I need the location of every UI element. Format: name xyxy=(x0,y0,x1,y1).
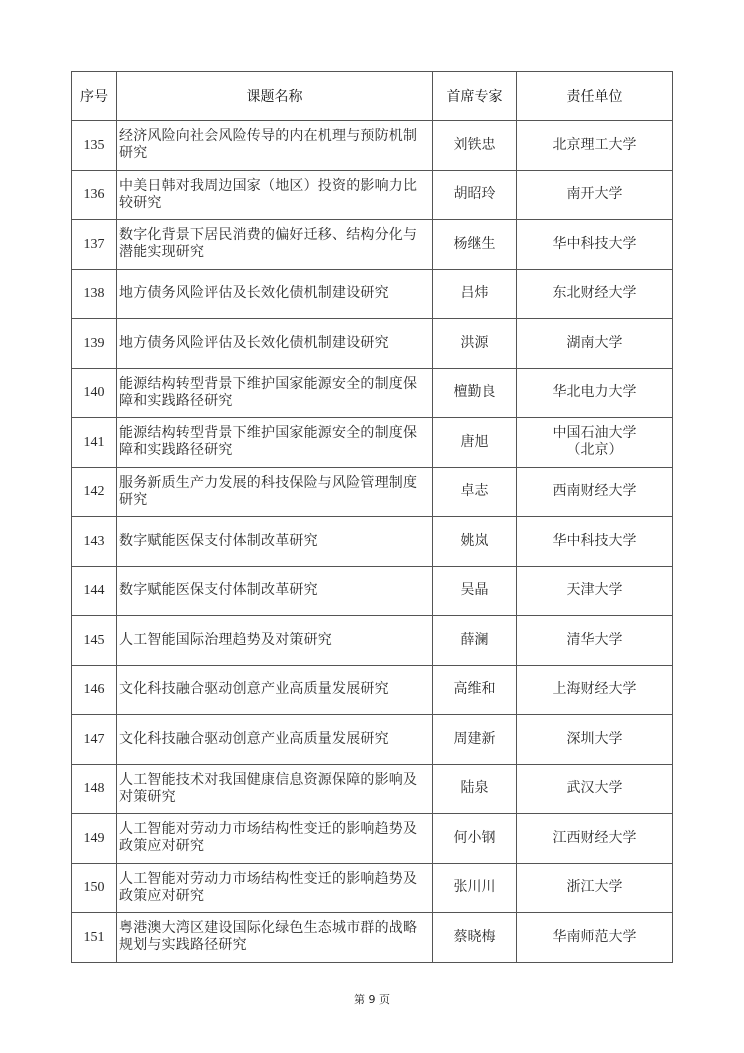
responsible-unit: 深圳大学 xyxy=(517,715,673,765)
responsible-unit: 湖南大学 xyxy=(517,319,673,369)
table-row: 144 数字赋能医保支付体制改革研究 吴晶 天津大学 xyxy=(72,566,673,616)
table-row: 138 地方债务风险评估及长效化债机制建设研究 吕炜 东北财经大学 xyxy=(72,269,673,319)
row-number: 148 xyxy=(72,764,117,814)
responsible-unit: 西南财经大学 xyxy=(517,467,673,517)
chief-expert: 唐旭 xyxy=(433,418,517,468)
table-row: 139 地方债务风险评估及长效化债机制建设研究 洪源 湖南大学 xyxy=(72,319,673,369)
unit-name: 中国石油大学 xyxy=(517,425,672,442)
row-number: 140 xyxy=(72,368,117,418)
unit-name: 西南财经大学 xyxy=(517,483,672,500)
chief-expert: 周建新 xyxy=(433,715,517,765)
row-number: 143 xyxy=(72,517,117,567)
project-title: 人工智能对劳动力市场结构性变迁的影响趋势及政策应对研究 xyxy=(117,814,433,864)
table-row: 146 文化科技融合驱动创意产业高质量发展研究 高维和 上海财经大学 xyxy=(72,665,673,715)
table-row: 137 数字化背景下居民消费的偏好迁移、结构分化与潜能实现研究 杨继生 华中科技… xyxy=(72,220,673,270)
unit-name: 北京理工大学 xyxy=(517,137,672,154)
project-title: 地方债务风险评估及长效化债机制建设研究 xyxy=(117,269,433,319)
unit-name: 华北电力大学 xyxy=(517,384,672,401)
responsible-unit: 江西财经大学 xyxy=(517,814,673,864)
responsible-unit: 华中科技大学 xyxy=(517,220,673,270)
row-number: 147 xyxy=(72,715,117,765)
table-row: 151 粤港澳大湾区建设国际化绿色生态城市群的战略规划与实践路径研究 蔡晓梅 华… xyxy=(72,913,673,963)
chief-expert: 檀勤良 xyxy=(433,368,517,418)
chief-expert: 杨继生 xyxy=(433,220,517,270)
unit-name: 南开大学 xyxy=(517,186,672,203)
chief-expert: 张川川 xyxy=(433,863,517,913)
header-no: 序号 xyxy=(72,72,117,121)
unit-name: 浙江大学 xyxy=(517,879,672,896)
project-title: 中美日韩对我周边国家（地区）投资的影响力比较研究 xyxy=(117,170,433,220)
table-row: 141 能源结构转型背景下维护国家能源安全的制度保障和实践路径研究 唐旭 中国石… xyxy=(72,418,673,468)
project-title: 数字化背景下居民消费的偏好迁移、结构分化与潜能实现研究 xyxy=(117,220,433,270)
unit-name: 武汉大学 xyxy=(517,780,672,797)
table-row: 147 文化科技融合驱动创意产业高质量发展研究 周建新 深圳大学 xyxy=(72,715,673,765)
project-title: 经济风险向社会风险传导的内在机理与预防机制研究 xyxy=(117,121,433,171)
chief-expert: 胡昭玲 xyxy=(433,170,517,220)
responsible-unit: 华北电力大学 xyxy=(517,368,673,418)
row-number: 151 xyxy=(72,913,117,963)
project-title: 服务新质生产力发展的科技保险与风险管理制度研究 xyxy=(117,467,433,517)
unit-name: 天津大学 xyxy=(517,582,672,599)
row-number: 139 xyxy=(72,319,117,369)
unit-name: 东北财经大学 xyxy=(517,285,672,302)
row-number: 137 xyxy=(72,220,117,270)
header-unit: 责任单位 xyxy=(517,72,673,121)
chief-expert: 姚岚 xyxy=(433,517,517,567)
chief-expert: 吕炜 xyxy=(433,269,517,319)
responsible-unit: 上海财经大学 xyxy=(517,665,673,715)
project-title: 地方债务风险评估及长效化债机制建设研究 xyxy=(117,319,433,369)
table-row: 145 人工智能国际治理趋势及对策研究 薛澜 清华大学 xyxy=(72,616,673,666)
document-page: 序号 课题名称 首席专家 责任单位 135 经济风险向社会风险传导的内在机理与预… xyxy=(0,0,744,1053)
chief-expert: 吴晶 xyxy=(433,566,517,616)
responsible-unit: 武汉大学 xyxy=(517,764,673,814)
table-row: 149 人工智能对劳动力市场结构性变迁的影响趋势及政策应对研究 何小钢 江西财经… xyxy=(72,814,673,864)
unit-name: 湖南大学 xyxy=(517,335,672,352)
table-row: 142 服务新质生产力发展的科技保险与风险管理制度研究 卓志 西南财经大学 xyxy=(72,467,673,517)
table-row: 148 人工智能技术对我国健康信息资源保障的影响及对策研究 陆泉 武汉大学 xyxy=(72,764,673,814)
header-title: 课题名称 xyxy=(117,72,433,121)
row-number: 142 xyxy=(72,467,117,517)
unit-name: 华中科技大学 xyxy=(517,236,672,253)
project-title: 能源结构转型背景下维护国家能源安全的制度保障和实践路径研究 xyxy=(117,418,433,468)
chief-expert: 何小钢 xyxy=(433,814,517,864)
unit-name: 清华大学 xyxy=(517,632,672,649)
project-title: 数字赋能医保支付体制改革研究 xyxy=(117,566,433,616)
row-number: 135 xyxy=(72,121,117,171)
unit-name: 深圳大学 xyxy=(517,731,672,748)
project-title: 文化科技融合驱动创意产业高质量发展研究 xyxy=(117,665,433,715)
chief-expert: 蔡晓梅 xyxy=(433,913,517,963)
row-number: 141 xyxy=(72,418,117,468)
row-number: 136 xyxy=(72,170,117,220)
row-number: 149 xyxy=(72,814,117,864)
project-title: 文化科技融合驱动创意产业高质量发展研究 xyxy=(117,715,433,765)
chief-expert: 卓志 xyxy=(433,467,517,517)
responsible-unit: 华南师范大学 xyxy=(517,913,673,963)
unit-name: 江西财经大学 xyxy=(517,830,672,847)
row-number: 145 xyxy=(72,616,117,666)
chief-expert: 薛澜 xyxy=(433,616,517,666)
responsible-unit: 中国石油大学 （北京） xyxy=(517,418,673,468)
responsible-unit: 北京理工大学 xyxy=(517,121,673,171)
unit-name: 华南师范大学 xyxy=(517,929,672,946)
chief-expert: 高维和 xyxy=(433,665,517,715)
row-number: 144 xyxy=(72,566,117,616)
responsible-unit: 南开大学 xyxy=(517,170,673,220)
responsible-unit: 华中科技大学 xyxy=(517,517,673,567)
responsible-unit: 天津大学 xyxy=(517,566,673,616)
chief-expert: 刘铁忠 xyxy=(433,121,517,171)
project-title: 人工智能国际治理趋势及对策研究 xyxy=(117,616,433,666)
table-row: 135 经济风险向社会风险传导的内在机理与预防机制研究 刘铁忠 北京理工大学 xyxy=(72,121,673,171)
header-expert: 首席专家 xyxy=(433,72,517,121)
row-number: 138 xyxy=(72,269,117,319)
page-number: 第 9 页 xyxy=(0,991,744,1007)
project-title: 粤港澳大湾区建设国际化绿色生态城市群的战略规划与实践路径研究 xyxy=(117,913,433,963)
chief-expert: 洪源 xyxy=(433,319,517,369)
project-table: 序号 课题名称 首席专家 责任单位 135 经济风险向社会风险传导的内在机理与预… xyxy=(71,71,673,963)
chief-expert: 陆泉 xyxy=(433,764,517,814)
unit-name-line2: （北京） xyxy=(517,442,672,459)
responsible-unit: 浙江大学 xyxy=(517,863,673,913)
responsible-unit: 清华大学 xyxy=(517,616,673,666)
table-row: 150 人工智能对劳动力市场结构性变迁的影响趋势及政策应对研究 张川川 浙江大学 xyxy=(72,863,673,913)
row-number: 150 xyxy=(72,863,117,913)
table-row: 140 能源结构转型背景下维护国家能源安全的制度保障和实践路径研究 檀勤良 华北… xyxy=(72,368,673,418)
project-title: 人工智能技术对我国健康信息资源保障的影响及对策研究 xyxy=(117,764,433,814)
unit-name: 上海财经大学 xyxy=(517,681,672,698)
responsible-unit: 东北财经大学 xyxy=(517,269,673,319)
project-title: 人工智能对劳动力市场结构性变迁的影响趋势及政策应对研究 xyxy=(117,863,433,913)
project-title: 能源结构转型背景下维护国家能源安全的制度保障和实践路径研究 xyxy=(117,368,433,418)
project-title: 数字赋能医保支付体制改革研究 xyxy=(117,517,433,567)
table-row: 143 数字赋能医保支付体制改革研究 姚岚 华中科技大学 xyxy=(72,517,673,567)
table-body: 135 经济风险向社会风险传导的内在机理与预防机制研究 刘铁忠 北京理工大学 1… xyxy=(72,121,673,963)
row-number: 146 xyxy=(72,665,117,715)
table-header-row: 序号 课题名称 首席专家 责任单位 xyxy=(72,72,673,121)
unit-name: 华中科技大学 xyxy=(517,533,672,550)
table-row: 136 中美日韩对我周边国家（地区）投资的影响力比较研究 胡昭玲 南开大学 xyxy=(72,170,673,220)
